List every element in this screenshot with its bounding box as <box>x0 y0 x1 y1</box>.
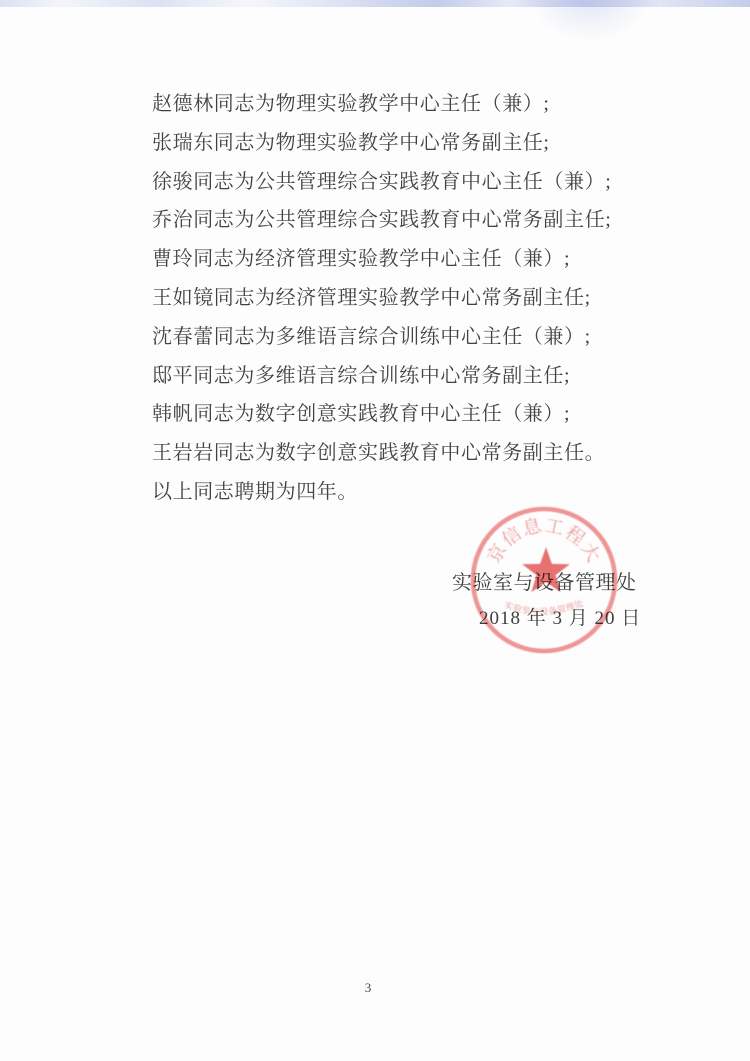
appointment-list: 赵德林同志为物理实验教学中心主任（兼）; 张瑞东同志为物理实验教学中心常务副主任… <box>152 85 692 512</box>
seal-inner-text: 实验室与设备管理处 <box>503 597 585 617</box>
svg-text:实验室与设备管理处: 实验室与设备管理处 <box>503 597 585 617</box>
scanned-document-page: 赵德林同志为物理实验教学中心主任（兼）; 张瑞东同志为物理实验教学中心常务副主任… <box>0 0 750 1061</box>
appointment-line-4: 乔治同志为公共管理综合实践教育中心常务副主任; <box>152 201 692 240</box>
appointment-line-8: 邸平同志为多维语言综合训练中心常务副主任; <box>152 357 692 396</box>
appointment-line-7: 沈春蕾同志为多维语言综合训练中心主任（兼）; <box>152 318 692 357</box>
scan-smudge-artifact <box>530 0 650 42</box>
appointment-line-5: 曹玲同志为经济管理实验教学中心主任（兼）; <box>152 240 692 279</box>
page-number: 3 <box>0 980 736 996</box>
appointment-line-2: 张瑞东同志为物理实验教学中心常务副主任; <box>152 124 692 163</box>
appointment-line-1: 赵德林同志为物理实验教学中心主任（兼）; <box>152 85 692 124</box>
official-seal: 京信息工程大 实验室与设备管理处 <box>454 490 634 670</box>
appointment-line-9: 韩帆同志为数字创意实践教育中心主任（兼）; <box>152 395 692 434</box>
appointment-line-3: 徐骏同志为公共管理综合实践教育中心主任（兼）; <box>152 163 692 202</box>
appointment-line-10: 王岩岩同志为数字创意实践教育中心常务副主任。 <box>152 434 692 473</box>
appointment-line-6: 王如镜同志为经济管理实验教学中心常务副主任; <box>152 279 692 318</box>
seal-star-icon <box>522 547 570 592</box>
